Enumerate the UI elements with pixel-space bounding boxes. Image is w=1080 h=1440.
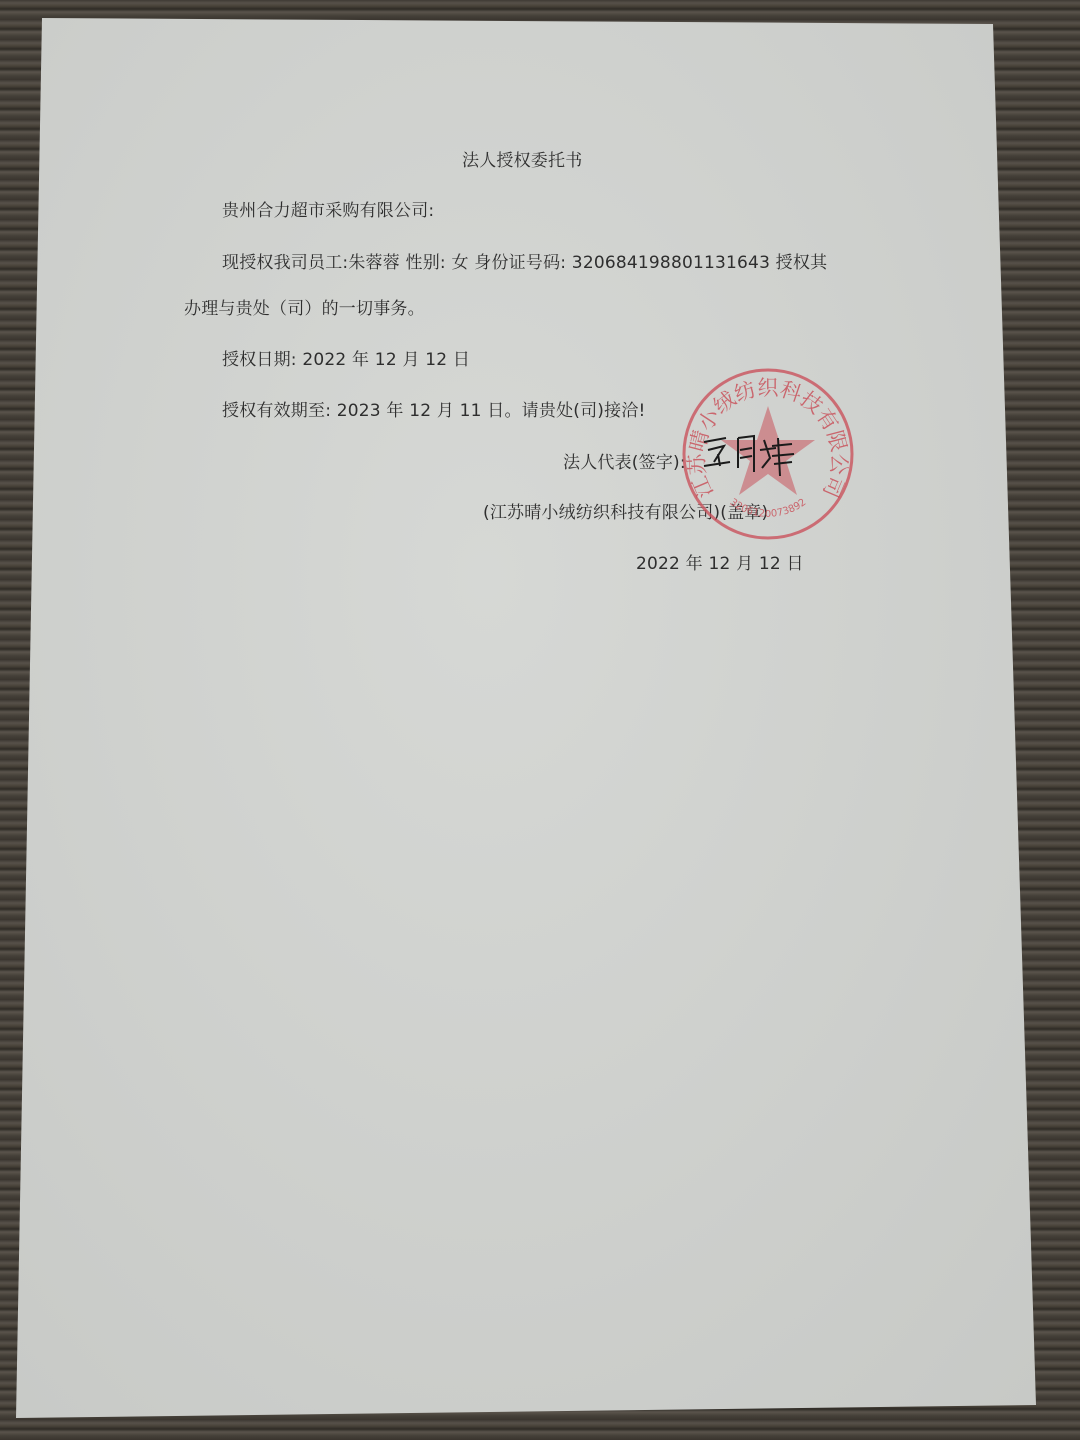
authorization-line: 现授权我司员工:朱蓉蓉 性别: 女 身份证号码: 320684198801131… xyxy=(222,248,827,273)
svg-text:3206120073892: 3206120073892 xyxy=(728,497,809,520)
validity-line: 授权有效期至: 2023 年 12 月 11 日。请贵处(司)接洽! xyxy=(222,396,646,421)
legal-representative-label: 法人代表(签字): xyxy=(563,448,686,473)
matters-line: 办理与贵处（司）的一切事务。 xyxy=(184,294,425,319)
document-title: 法人授权委托书 xyxy=(462,146,582,171)
paper-sheet xyxy=(0,0,1080,1440)
addressee: 贵州合力超市采购有限公司: xyxy=(222,196,434,221)
authorization-date: 授权日期: 2022 年 12 月 12 日 xyxy=(222,345,470,370)
handwritten-signature xyxy=(700,428,800,478)
signing-date: 2022 年 12 月 12 日 xyxy=(636,549,804,574)
